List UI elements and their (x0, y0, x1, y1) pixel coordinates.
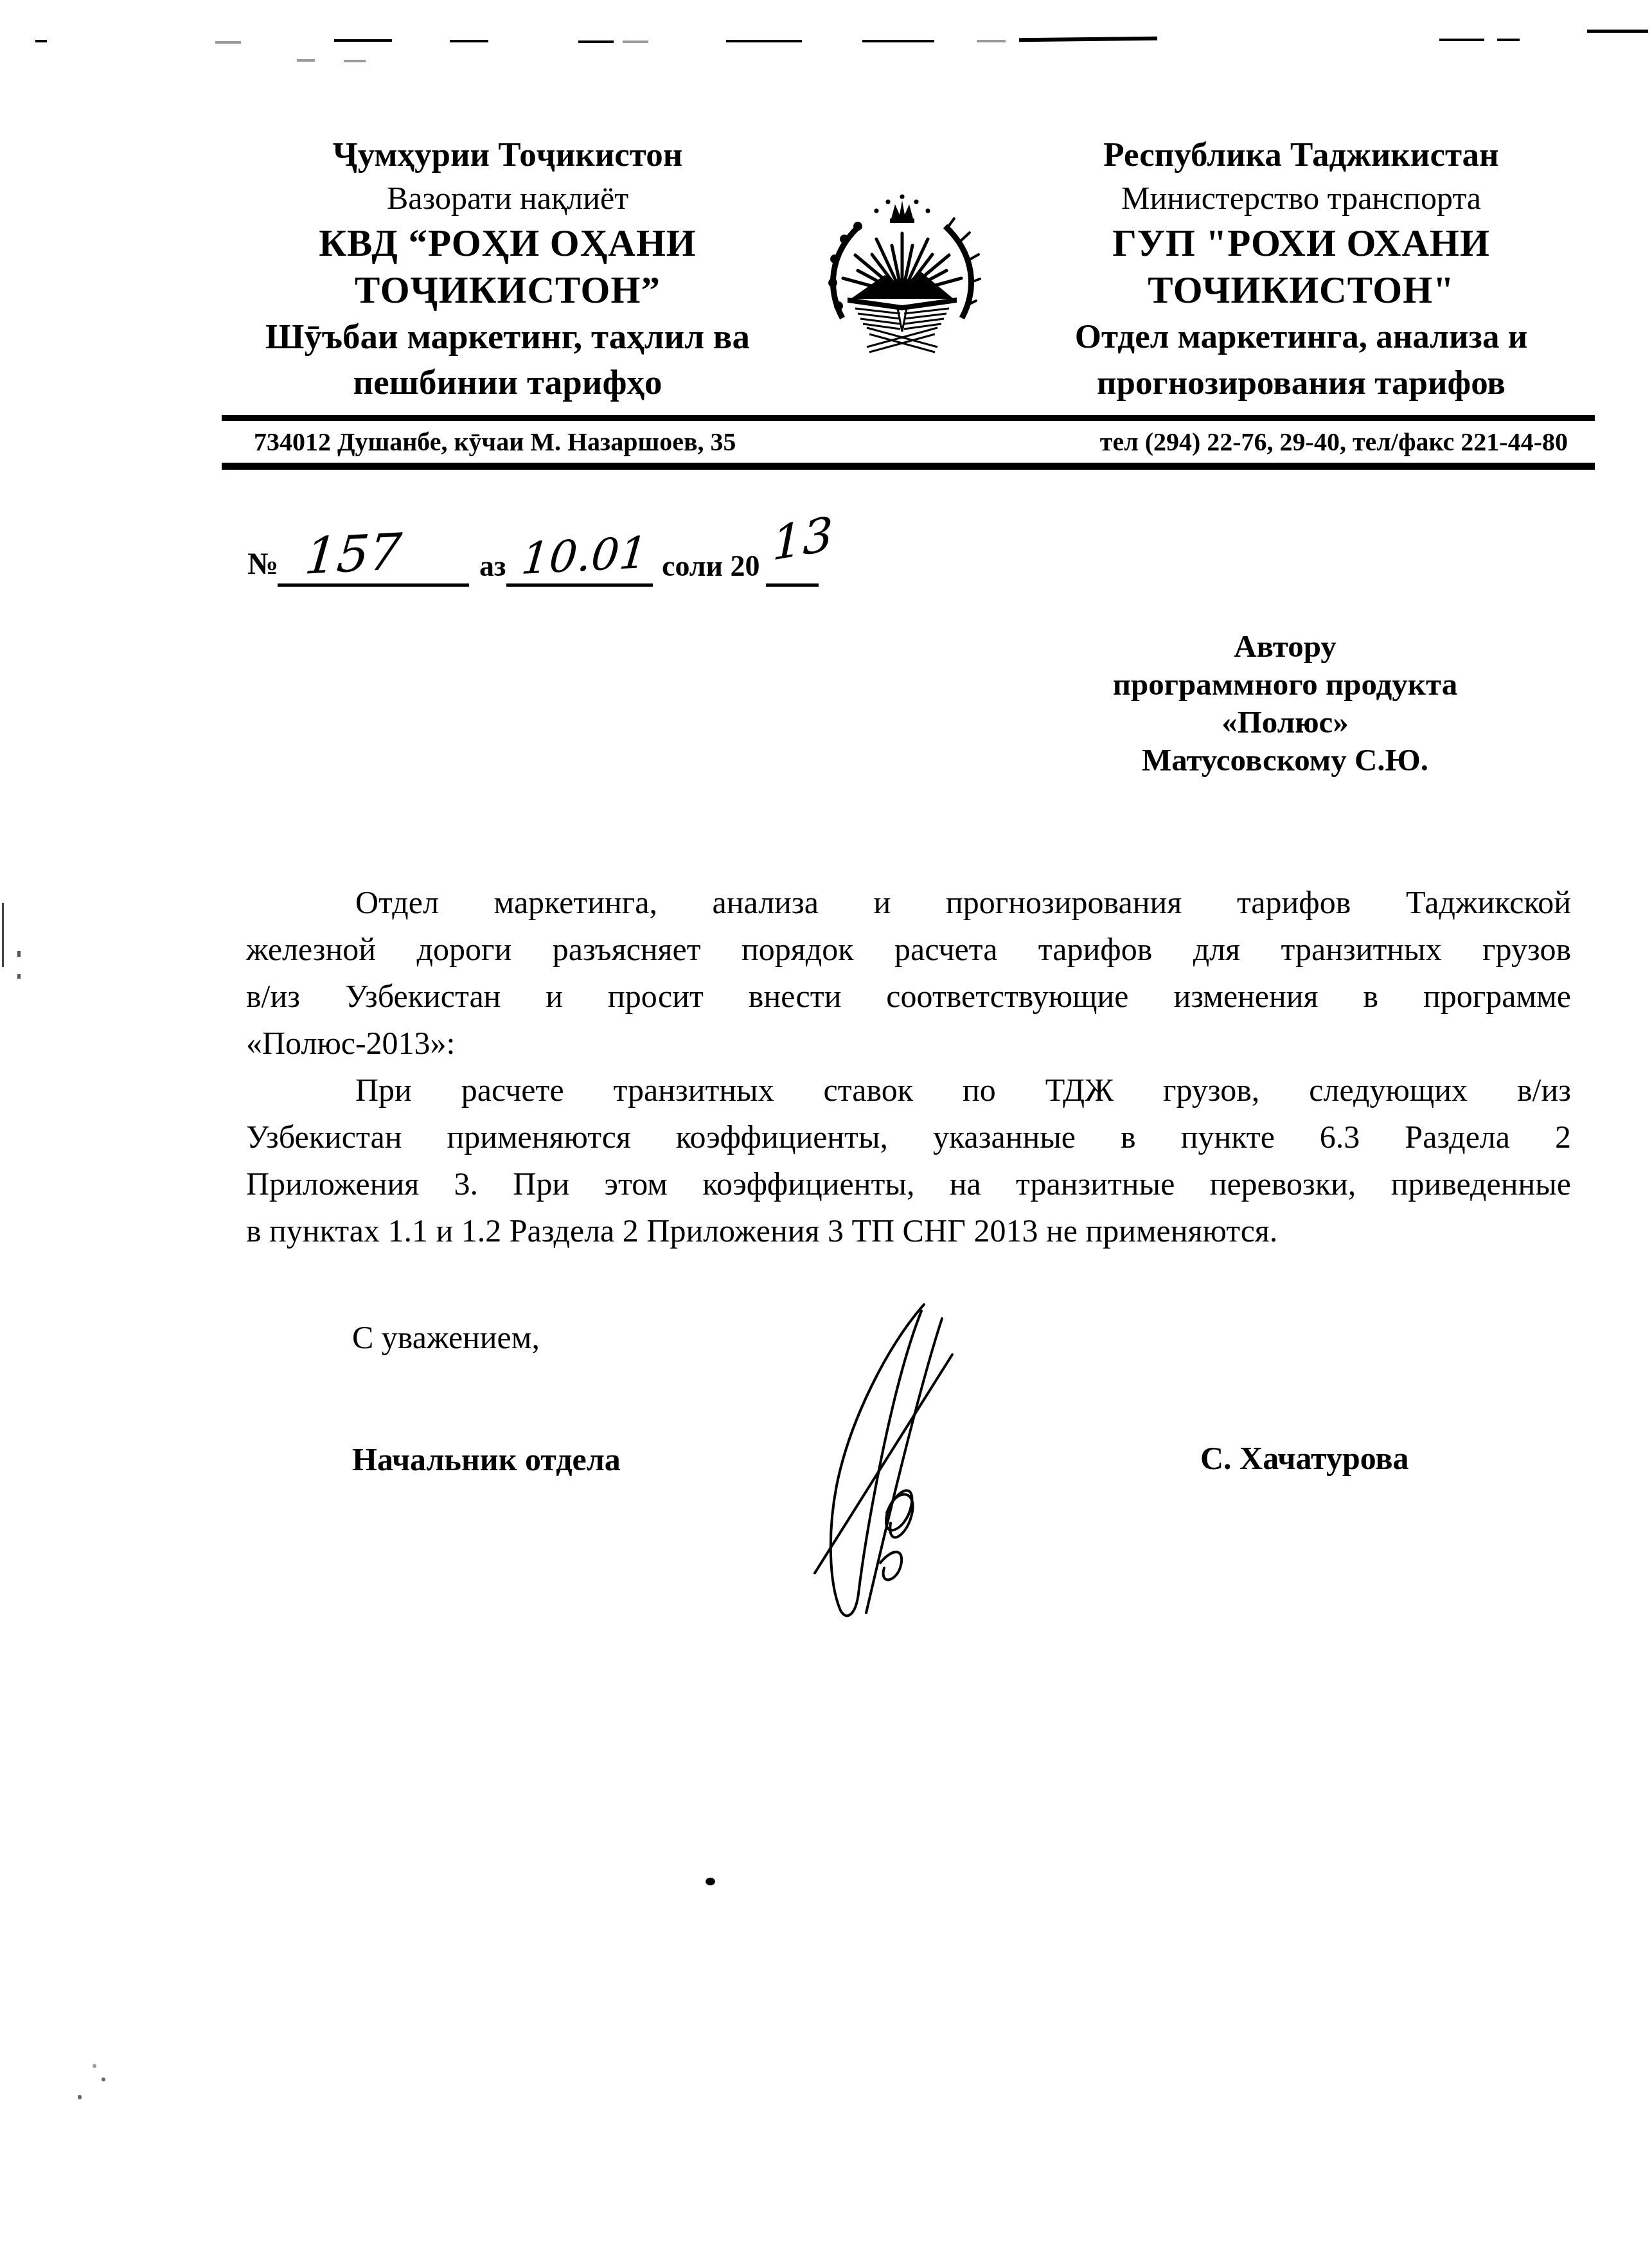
addressee-block: Автору программного продукта «Полюс» Мат… (1054, 627, 1516, 779)
body-line: При расчете транзитных ставок по ТДЖ гру… (246, 1067, 1571, 1114)
letterhead-left-org-line2: ТОҶИКИСТОН” (238, 266, 777, 314)
header-rule-bottom (222, 463, 1595, 470)
addressee-line: Матусовскому С.Ю. (1054, 741, 1516, 779)
letterhead-right-dept-line1: Отдел маркетинга, анализа и (1028, 314, 1574, 360)
letterhead-right-block: Республика Таджикистан Министерство тран… (1028, 134, 1574, 406)
body-line: в/из Узбекистан и просит внести соответс… (246, 973, 1571, 1020)
ref-year-handwritten: 13 (772, 506, 833, 571)
letterhead-right-org-line1: ГУП "РОХИ ОХАНИ (1028, 220, 1574, 266)
tajikistan-coat-of-arms-icon (815, 193, 990, 353)
body-line: Отдел маркетинга, анализа и прогнозирова… (246, 879, 1571, 926)
letterhead-right-org-line2: ТОЧИКИСТОН" (1028, 266, 1574, 314)
addressee-line: Автору (1054, 627, 1516, 665)
letterhead-left-dept-line1: Шӯъбаи маркетинг, таҳлил ва (238, 314, 777, 360)
letterhead-left-ministry: Вазорати нақлиёт (238, 176, 777, 220)
addressee-line: «Полюс» (1054, 703, 1516, 741)
ink-dot-artifact (706, 1878, 715, 1885)
letterhead-right-dept-line2: прогнозирования тарифов (1028, 360, 1574, 406)
body-line: в пунктах 1.1 и 1.2 Раздела 2 Приложения… (246, 1207, 1571, 1254)
letterhead-left-country: Ҷумҳурии Тоҷикистон (238, 134, 777, 176)
body-line: железной дороги разъясняет порядок расче… (246, 926, 1571, 973)
addressee-line: программного продукта (1054, 665, 1516, 703)
letterhead-right-ministry: Министерство транспорта (1028, 176, 1574, 220)
salutation: С уважением, (352, 1319, 540, 1356)
body-line: Узбекистан применяются коэффициенты, ука… (246, 1114, 1571, 1161)
contact-bar: 734012 Душанбе, кӯчаи М. Назаршоев, 35 т… (222, 423, 1594, 461)
letterhead-left-org-line1: КВД “РОҲИ ОҲАНИ (238, 220, 777, 266)
ref-from-label: аз (479, 549, 506, 583)
letterhead-left-dept-line2: пешбинии тарифҳо (238, 360, 777, 405)
ref-year-underline (766, 583, 819, 587)
letter-body: Отдел маркетинга, анализа и прогнозирова… (246, 879, 1571, 1254)
ref-number-handwritten: 157 (303, 523, 404, 586)
phone-fax: тел (294) 22-76, 29-40, тел/факс 221-44-… (1100, 423, 1568, 461)
body-line: «Полюс-2013»: (246, 1020, 1571, 1067)
letterhead-right-country: Республика Таджикистан (1028, 134, 1574, 176)
ref-year-label: соли 20 (662, 549, 760, 583)
signer-name: С. Хачатурова (1200, 1439, 1409, 1477)
ref-number-label: № (247, 546, 278, 582)
header-rule-top (222, 415, 1595, 421)
body-line: Приложения 3. При этом коэффициенты, на … (246, 1161, 1571, 1207)
ref-date-handwritten: 10.01 (519, 528, 650, 585)
signer-position: Начальник отдела (352, 1441, 621, 1478)
postal-address: 734012 Душанбе, кӯчаи М. Назаршоев, 35 (254, 423, 736, 461)
scanned-letter-page: Ҷумҳурии Тоҷикистон Вазорати нақлиёт КВД… (0, 0, 1652, 2260)
letterhead-left-block: Ҷумҳурии Тоҷикистон Вазорати нақлиёт КВД… (238, 134, 777, 405)
handwritten-signature-icon (790, 1293, 977, 1627)
